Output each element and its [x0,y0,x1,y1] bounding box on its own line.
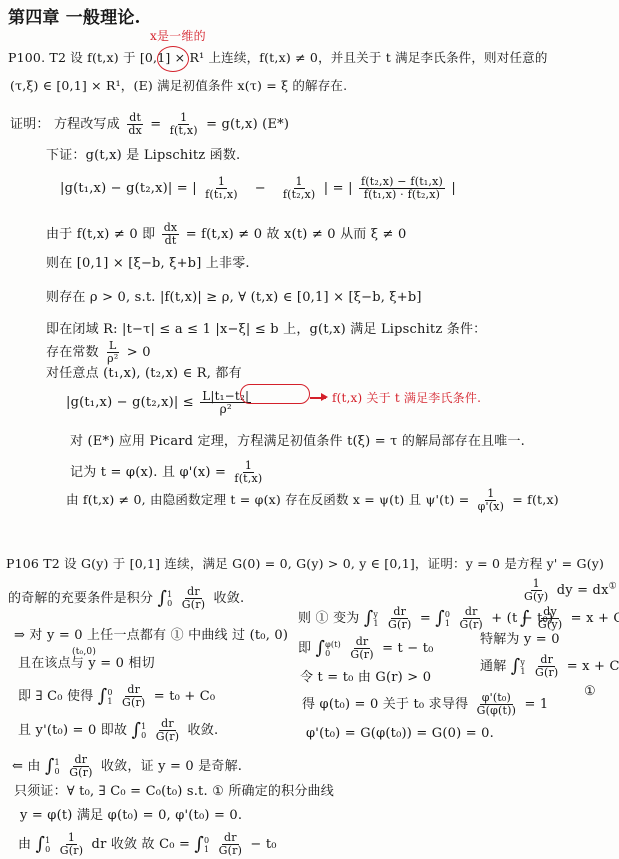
any-points-line: 对任意点 (t₁,x), (t₂,x) ∈ R, 都有 [46,366,242,382]
dt-dx-fraction: dtdx [126,112,144,137]
integral-solution-line: ∫ dyG(y) = x + C [520,606,619,631]
nonzero-derivative-line: 由于 f(t,x) ≠ 0 即 dxdt = f(t,x) ≠ 0 故 x(t)… [46,222,406,247]
proof-rewrite-line: 证明： 方程改写成 dtdx = 1f(t,x) = g(t,x) (E*) [10,112,289,137]
circle-marker-1: ① [584,684,596,700]
tangent-line: 且在该点与 y = 0 相切 [18,656,155,672]
need-to-show-line: 只须证：∀ t₀, ∃ C₀ = C₀(t₀) s.t. ① 所确定的积分曲线 [14,784,334,800]
lipschitz-claim: 下证：g(t,x) 是 Lipschitz 函数. [46,148,240,164]
phi-integral-line: 即 ∫φ(t)0 drG(r) = t − t₀ [298,636,434,661]
backward-direction-line: ⇐ 由 ∫10 drG(r) 收敛，证 y = 0 是奇解. [12,754,242,779]
equation-marker-1: ① [609,582,617,592]
general-solution-line: 通解 ∫y1 drG(r) = x + C [480,654,619,679]
handwritten-notes-page: 第四章 一般理论. x是一维的 P100. T2 设 f(t,x) 于 [0,1… [0,0,619,859]
satisfy-conditions-line: y = φ(t) 满足 φ(t₀) = 0, φ'(t₀) = 0. [20,808,242,824]
chapter-title: 第四章 一般理论. [8,10,141,26]
annotation-circle-numerator [240,384,310,404]
equation-e-star: = g(t,x) (E*) [206,117,289,132]
forward-direction-line: ⇒ 对 y = 0 上任一点都有 ① 中曲线 过 (t₀, 0) [14,628,288,644]
phi-prime-line: φ'(t₀) = G(φ(t₀)) = G(0) = 0. [306,726,494,742]
solution-phi-line: 记为 t = φ(x). 且 φ'(x) = 1f(t,x) [70,460,266,485]
annotation-x-one-dimensional: x是一维的 [150,28,206,44]
closed-domain-line: 即在闭域 R: |t−τ| ≤ a ≤ 1 |x−ξ| ≤ b 上，g(t,x)… [46,322,486,338]
lipschitz-inequality: |g(t₁,x) − g(t₂,x)| ≤ L|t₁−t₂|ρ² [66,390,253,415]
problem1-statement-line1: P100. T2 设 f(t,x) 于 [0,1] × R¹ 上连续，f(t,x… [8,50,548,66]
nonzero-region-line: 则在 [0,1] × [ξ−b, ξ+b] 上非零. [46,256,250,272]
separated-equation: 1G(y) dy = dx① [520,578,617,603]
derivative-zero-line: 且 y'(t₀) = 0 即故 ∫10 drG(r) 收敛. [18,718,218,743]
constant-exists-line: 存在常数 Lρ² > 0 [46,340,151,365]
proof-label: 证明： [10,117,50,132]
arrow-right-icon [310,397,326,399]
special-solution-line: 特解为 y = 0 [480,632,560,648]
one-over-f-fraction: 1f(t,x) [168,112,200,137]
problem2-statement-line2: 的奇解的充要条件是积分 ∫10 drG(r) 收敛. [8,586,244,611]
let-t-equal-line: 令 t = t₀ 由 G(r) > 0 [300,670,431,686]
rho-exists-line: 则存在 ρ > 0, s.t. |f(t,x)| ≥ ρ, ∀ (t,x) ∈ … [46,290,422,306]
picard-line: 对 (E*) 应用 Picard 定理，方程满足初值条件 t(ξ) = τ 的解… [70,434,525,450]
final-constant-line: 由 ∫10 1G(r) dr 收敛 故 C₀ = ∫01 drG(r) − t₀ [18,832,277,857]
g-difference-expression: |g(t₁,x) − g(t₂,x)| = | 1f(t₁,x) − 1f(t₂… [60,176,456,201]
derive-line: 得 φ(t₀) = 0 关于 t₀ 求导得 φ'(t₀)G(φ(t)) = 1 [302,692,548,717]
c0-exists-line: 即 ∃ C₀ 使得 ∫01 drG(r) = t₀ + C₀ [18,684,215,709]
problem2-statement-line1: P106 T2 设 G(y) 于 [0,1] 连续，满足 G(0) = 0, G… [6,556,604,572]
annotation-lipschitz-in-t: f(t,x) 关于 t 满足李氏条件. [332,390,481,406]
inverse-function-line: 由 f(t,x) ≠ 0, 由隐函数定理 t = φ(x) 存在反函数 x = … [66,488,559,513]
equation-becomes-line: 则 ① 变为 ∫y1 drG(r) = ∫01 drG(r) + (t − t₀… [298,606,553,631]
problem1-statement-line2: (τ,ξ) ∈ [0,1] × R¹，(E) 满足初值条件 x(τ) = ξ 的… [10,78,347,94]
proof-rewrite-prefix: 方程改写成 [54,117,120,132]
